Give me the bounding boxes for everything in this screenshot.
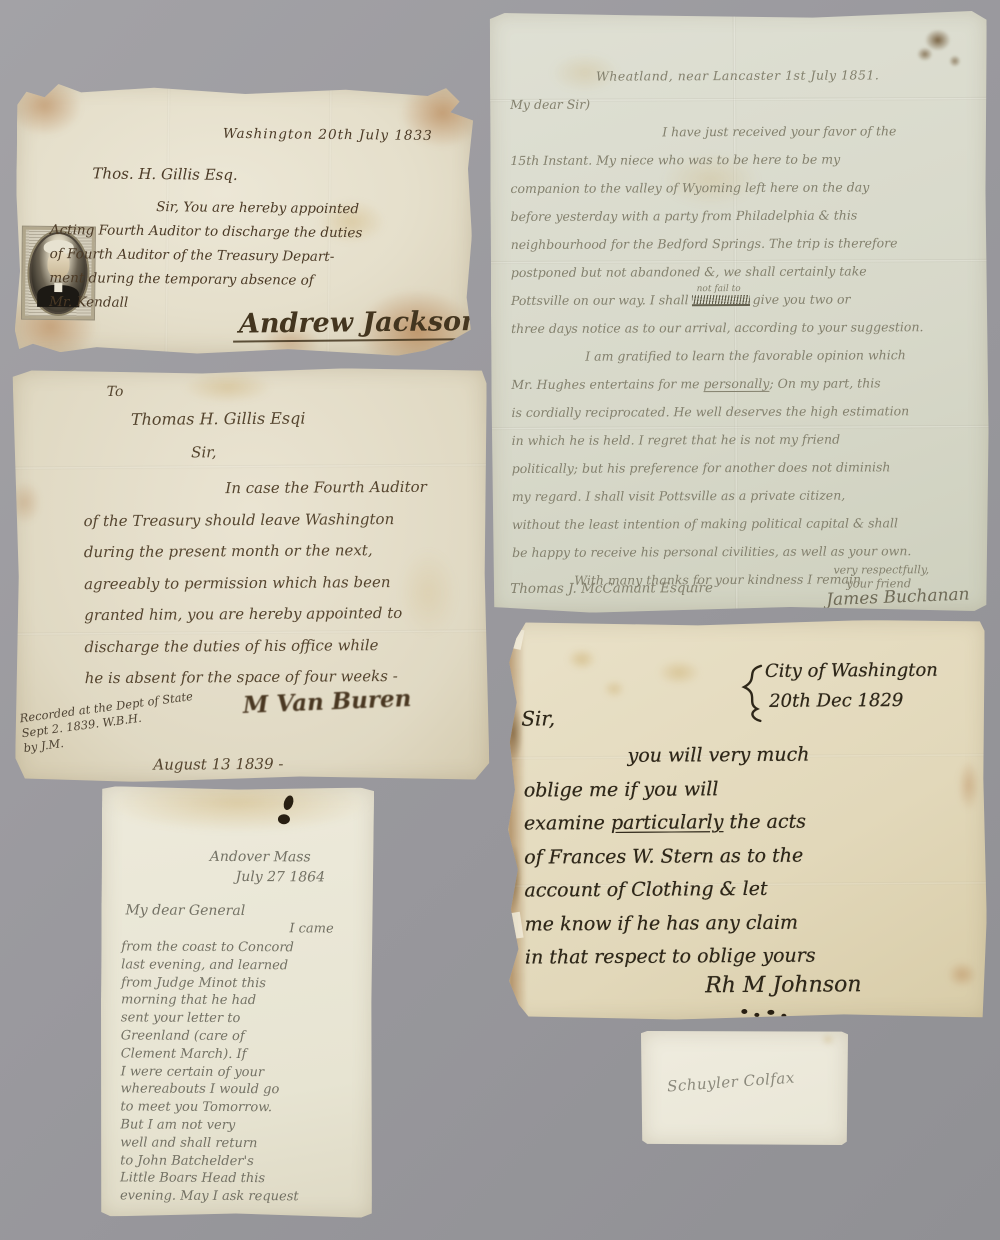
- dateline-place: Andover Mass: [210, 849, 311, 866]
- stain: [657, 659, 701, 685]
- handwritten-line: well and shall return: [120, 1134, 299, 1153]
- buchanan-letter: Wheatland, near Lancaster 1st July 1851.…: [490, 11, 990, 613]
- line-text: the acts: [723, 811, 806, 834]
- handwritten-line: is cordially reciprocated. He well deser…: [511, 397, 924, 427]
- handwritten-line: evening. May I ask request: [120, 1188, 299, 1207]
- handwritten-line: neighbourhood for the Bedford Springs. T…: [511, 229, 924, 259]
- handwritten-line: to John Batchelder's: [120, 1152, 299, 1171]
- handwritten-line: whereabouts I would go: [120, 1081, 299, 1100]
- handwritten-line: In case the Fourth Auditor: [83, 472, 427, 506]
- handwritten-line: account of Clothing & let: [524, 873, 815, 909]
- andover-letter: Andover Mass July 27 1864 My dear Genera…: [100, 786, 374, 1217]
- stain: [958, 759, 980, 811]
- handwritten-line: of Fourth Auditor of the Treasury Depart…: [50, 242, 363, 269]
- handwritten-line: during the present month or the next,: [84, 535, 428, 569]
- letter-body: you will very muchoblige me if you will …: [523, 739, 815, 976]
- dateline: Washington 20th July 1833: [223, 126, 433, 144]
- van-buren-appointment-note: To Thomas H. Gillis Esqi Sir, In case th…: [13, 367, 490, 782]
- line-text: ; On my part, this: [769, 375, 880, 390]
- handwritten-line: Mr. Hughes entertains for me personally;…: [511, 369, 924, 399]
- handwritten-line: I were certain of your: [121, 1063, 300, 1082]
- handwritten-line: sent your letter to: [121, 1010, 300, 1029]
- stain: [822, 1035, 834, 1044]
- dateline-place: City of Washington: [765, 660, 938, 682]
- handwritten-line: morning that he had: [121, 992, 300, 1011]
- state-dept-docket-note: Recorded at the Dept of StateSept 2. 183…: [19, 689, 198, 756]
- underlined-word: personally: [703, 376, 769, 391]
- line-text: Mr. Hughes entertains for me: [511, 376, 703, 392]
- line-text: Pottsville on our way. I shall: [511, 292, 689, 308]
- stain: [947, 961, 977, 987]
- to-label: To: [107, 384, 124, 400]
- handwritten-line: Greenland (care of: [121, 1027, 300, 1046]
- handwritten-line: Clement March). If: [121, 1045, 300, 1064]
- handwritten-line: you will very much: [523, 739, 814, 775]
- handwritten-line: from Judge Minot this: [121, 974, 300, 993]
- signature-richard-m-johnson: Rh M Johnson: [705, 972, 862, 998]
- stain: [13, 480, 42, 524]
- paragraph: you will very muchoblige me if you will: [523, 739, 814, 808]
- ink-blot: [767, 1010, 774, 1015]
- jackson-appointment-note: Washington 20th July 1833 Thos. H. Gilli…: [15, 84, 474, 357]
- docket-date: August 13 1839 -: [153, 755, 283, 774]
- handwritten-line: politically; but his preference for anot…: [512, 453, 925, 483]
- handwritten-line: examine particularly the acts: [524, 806, 815, 842]
- addressee: Thomas J. McCamant Esquire: [510, 580, 713, 597]
- handwritten-line: granted him, you are hereby appointed to: [84, 598, 428, 632]
- richard-johnson-letter: City of Washington 20th Dec 1829 Sir, yo…: [507, 619, 988, 1020]
- stain: [183, 371, 273, 404]
- dateline-date: 20th Dec 1829: [769, 690, 903, 712]
- stain: [15, 84, 83, 137]
- handwritten-line: Sir, You are hereby appointed: [50, 194, 363, 221]
- paraph-flourish-icon: [741, 663, 763, 723]
- handwritten-line: from the coast to Concord: [121, 938, 300, 957]
- salutation: My dear Sir): [510, 97, 590, 112]
- paragraph: is cordially reciprocated. He well deser…: [511, 397, 924, 567]
- paragraph: of Frances W. Stern as to theaccount of …: [524, 839, 816, 975]
- letter-body: I have just received your favor of the15…: [510, 117, 924, 595]
- letter-body: In case the Fourth Auditorof the Treasur…: [83, 472, 428, 695]
- handwritten-line: I am gratified to learn the favorable op…: [511, 341, 924, 371]
- salutation: Sir,: [521, 706, 555, 730]
- stain: [603, 680, 625, 698]
- line-text: give you two or: [753, 292, 851, 307]
- inserted-correction: not fail to: [689, 286, 753, 314]
- line-text: examine: [524, 812, 611, 835]
- letter-body: Sir, You are hereby appointedActing Four…: [49, 194, 363, 317]
- handwritten-line: discharge the duties of his office while: [84, 629, 428, 663]
- handwritten-line: 15th Instant. My niece who was to be her…: [510, 145, 923, 175]
- handwritten-line: me know if he has any claim: [525, 906, 816, 942]
- handwritten-line: Pottsville on our way. I shallnot fail t…: [511, 285, 924, 315]
- underlined-word: particularly: [611, 811, 724, 834]
- inserted-text: not fail to: [697, 275, 741, 303]
- handwritten-line: But I am not very: [120, 1116, 299, 1135]
- salutation: My dear General: [125, 902, 245, 919]
- dateline-date: July 27 1864: [236, 869, 325, 885]
- stain: [567, 648, 597, 670]
- handwritten-line: to meet you Tomorrow.: [120, 1099, 299, 1118]
- handwritten-line: without the least intention of making po…: [512, 509, 925, 539]
- handwritten-line: ment during the temporary absence of: [49, 266, 362, 293]
- ink-blot: [278, 814, 290, 824]
- stain: [102, 786, 372, 833]
- addressee: Thomas H. Gillis Esqi: [131, 409, 306, 429]
- closing-line: very respectfully,: [833, 563, 929, 576]
- handwritten-line: Little Boars Head this: [120, 1170, 299, 1189]
- ink-blot: [781, 1014, 786, 1018]
- handwritten-line: last evening, and learned: [121, 956, 300, 975]
- handwritten-line: in which he is held. I regret that he is…: [511, 425, 924, 455]
- handwritten-line: my regard. I shall visit Pottsville as a…: [512, 481, 925, 511]
- handwritten-line: in that respect to oblige yours: [525, 940, 816, 976]
- schuyler-colfax-signature-card: Schuyler Colfax: [641, 1031, 848, 1145]
- handwritten-line: I have just received your favor of the: [510, 117, 923, 147]
- dateline: Wheatland, near Lancaster 1st July 1851.: [596, 67, 879, 83]
- handwritten-line: companion to the valley of Wyoming left …: [510, 173, 923, 203]
- addressee: Thos. H. Gillis Esq.: [92, 164, 237, 184]
- fold-crease: [13, 463, 487, 469]
- handwritten-line: three days notice as to our arrival, acc…: [511, 313, 924, 343]
- handwritten-line: agreeably to permission which has been: [84, 566, 428, 600]
- handwritten-line: Acting Fourth Auditor to discharge the d…: [50, 218, 363, 245]
- handwritten-line: oblige me if you will: [524, 772, 815, 808]
- signature-schuyler-colfax: Schuyler Colfax: [667, 1069, 796, 1096]
- letter-body: from the coast to Concordlast evening, a…: [120, 938, 300, 1206]
- handwritten-line: before yesterday with a party from Phila…: [511, 201, 924, 231]
- stain: [949, 55, 961, 67]
- ink-blot: [754, 1013, 759, 1017]
- handwritten-line: of Frances W. Stern as to the: [524, 839, 815, 875]
- signature-van-buren: M Van Buren: [242, 685, 411, 719]
- paragraph: I have just received your favor of the15…: [510, 117, 923, 287]
- stain: [917, 47, 933, 61]
- ink-blot: [741, 1009, 747, 1014]
- signature-james-buchanan: James Buchanan: [826, 585, 970, 611]
- opening-words: I came: [289, 921, 333, 936]
- signature-andrew-jackson: Andrew Jackson: [233, 306, 474, 343]
- handwritten-line: of the Treasury should leave Washington: [84, 503, 428, 537]
- salutation: Sir,: [191, 443, 217, 461]
